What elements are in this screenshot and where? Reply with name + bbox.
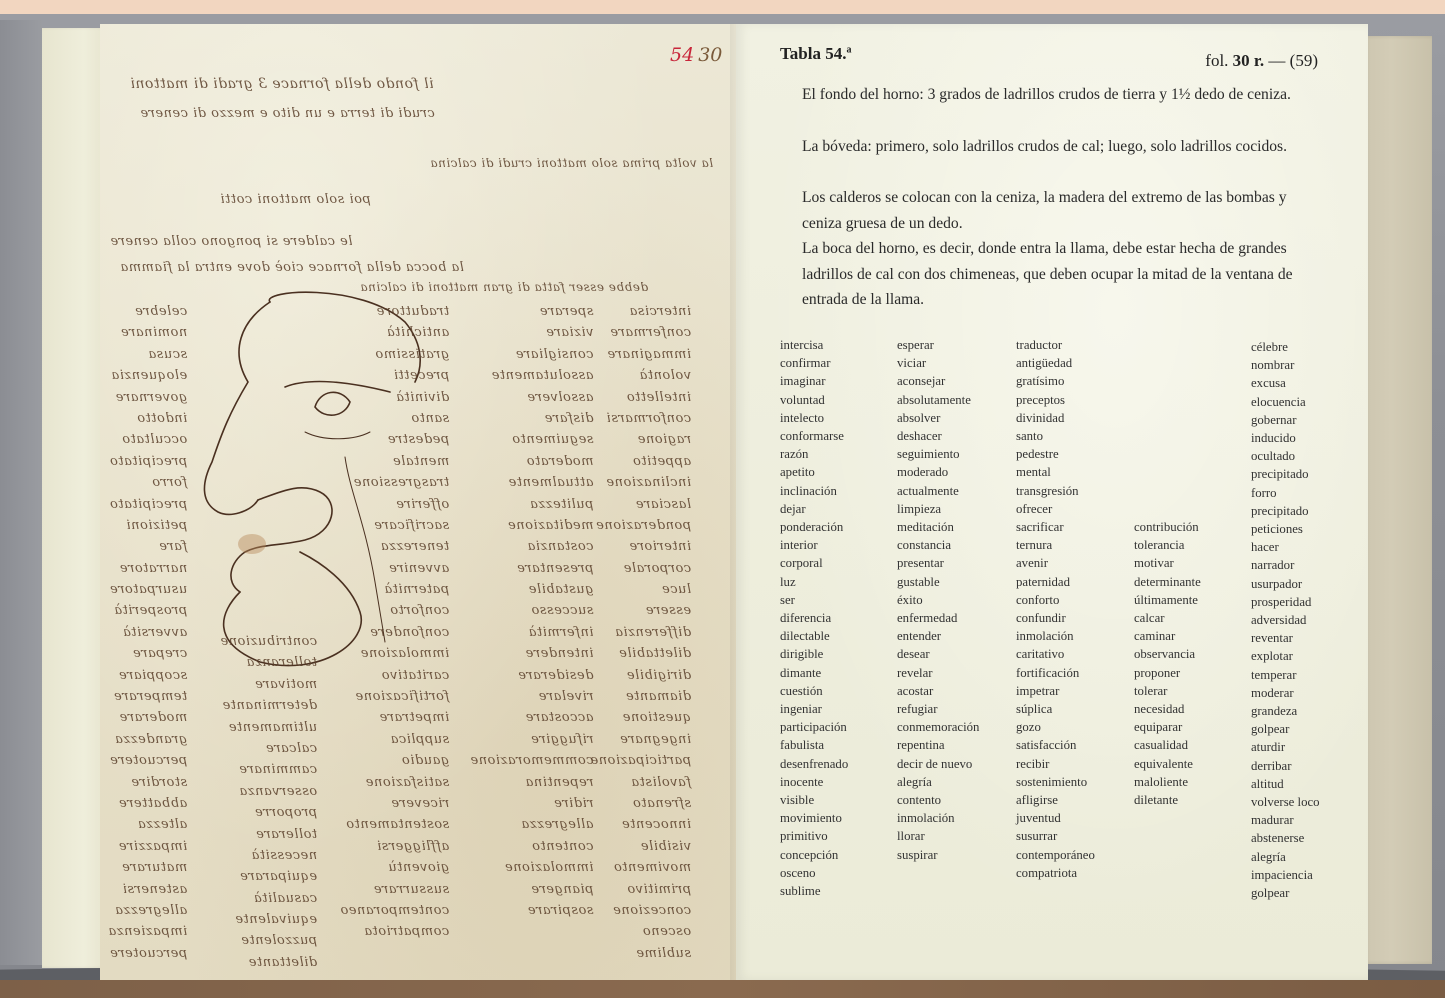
word: repentina	[897, 736, 979, 754]
handwriting-word: stordire	[108, 775, 187, 790]
handwriting-word: pedestre	[340, 432, 449, 447]
handwriting-word: tolleranza	[220, 655, 317, 670]
word: equivalente	[1134, 755, 1201, 773]
word: dejar	[780, 500, 848, 518]
word: inclinación	[780, 482, 848, 500]
handwriting-word: satisfazione	[340, 775, 449, 790]
handwriting-word: moderato	[470, 454, 593, 469]
handwriting-word: accostare	[470, 710, 593, 725]
word: proponer	[1134, 664, 1201, 682]
word: equiparar	[1134, 718, 1201, 736]
book-cover-edge	[0, 20, 42, 965]
handwriting-word: confondere	[340, 625, 449, 640]
handwriting-word: consigliare	[470, 347, 593, 362]
handwriting-word: determinante	[220, 698, 317, 713]
word: meditación	[897, 518, 979, 536]
handwriting-word: mentale	[340, 454, 449, 469]
handwriting-word: viziare	[470, 325, 593, 340]
word: participación	[780, 718, 848, 736]
word: fabulista	[780, 736, 848, 754]
handwriting-word: moderare	[108, 710, 187, 725]
word: tolerar	[1134, 682, 1201, 700]
word: corporal	[780, 554, 848, 572]
word: intercisa	[780, 336, 848, 354]
word: observancia	[1134, 645, 1201, 663]
handwriting-word: intercisa	[590, 304, 691, 319]
word: abstenerse	[1251, 829, 1320, 847]
handwriting-word: contribuzione	[220, 634, 317, 649]
word: aturdir	[1251, 738, 1320, 756]
handwriting-word: dilettabile	[590, 646, 691, 661]
word: refugiar	[897, 700, 979, 718]
handwriting-word: presentare	[470, 561, 593, 576]
folio-number-red: 54	[670, 44, 694, 66]
paragraph-cauldrons: Los calderos se colocan con la ceniza, l…	[802, 185, 1302, 236]
word: absolver	[897, 409, 979, 427]
handwriting-word: desiderare	[470, 668, 593, 683]
handwriting-word: ricevere	[340, 796, 449, 811]
word: cuestión	[780, 682, 848, 700]
word: alegría	[1251, 848, 1320, 866]
handwriting-word: attualmente	[470, 475, 593, 490]
handwriting-word: immolazione	[340, 646, 449, 661]
handwriting-column-1: celebre nominare scusa eloquenzia govern…	[108, 304, 187, 961]
handwriting-word: sfrenato	[590, 796, 691, 811]
handwriting-word: percuotere	[108, 946, 187, 961]
word: explotar	[1251, 647, 1320, 665]
handwriting-word: differenzia	[590, 625, 691, 640]
handwriting-word: conformarsi	[590, 411, 691, 426]
word: intelecto	[780, 409, 848, 427]
handwriting-word: avversità	[108, 625, 187, 640]
word: inocente	[780, 773, 848, 791]
handwriting-word: commemorazione	[470, 753, 593, 768]
word: gratísimo	[1016, 372, 1095, 390]
handwriting-word: dilettante	[220, 955, 317, 970]
handwriting-word: movimento	[590, 860, 691, 875]
right-page-stack	[1364, 36, 1432, 964]
handwriting-line: la volta prima solo mattoni crudi di cal…	[430, 156, 713, 170]
handwriting-word: immaginare	[590, 347, 691, 362]
word: tolerancia	[1134, 536, 1201, 554]
word: alegría	[897, 773, 979, 791]
handwriting-word: nominare	[108, 325, 187, 340]
handwriting-word: santo	[340, 411, 449, 426]
handwriting-word: indotto	[108, 411, 187, 426]
word: suspirar	[897, 846, 979, 864]
word: sacrificar	[1016, 518, 1095, 536]
word-column-2: esperar viciar aconsejar absolutamente a…	[897, 336, 979, 864]
word: precipitado	[1251, 465, 1320, 483]
handwriting-word: contemporaneo	[340, 903, 449, 918]
handwriting-word: confermare	[590, 325, 691, 340]
handwriting-word: participazione	[590, 753, 691, 768]
word: contento	[897, 791, 979, 809]
word: motivar	[1134, 554, 1201, 572]
handwriting-word: essere	[590, 603, 691, 618]
word: paternidad	[1016, 573, 1095, 591]
word: mental	[1016, 463, 1095, 481]
handwriting-word: volontà	[590, 368, 691, 383]
word: juventud	[1016, 809, 1095, 827]
word: fortificación	[1016, 664, 1095, 682]
handwriting-word: ragione	[590, 432, 691, 447]
handwriting-word: interiore	[590, 539, 691, 554]
handwriting-word: petizioni	[108, 518, 187, 533]
word: razón	[780, 445, 848, 463]
word: moderado	[897, 463, 979, 481]
handwriting-word: casualità	[220, 891, 317, 906]
handwriting-word: questione	[590, 710, 691, 725]
word: ser	[780, 591, 848, 609]
handwriting-word: immolazione	[470, 860, 593, 875]
word: adversidad	[1251, 611, 1320, 629]
handwriting-word: repentina	[470, 775, 593, 790]
handwriting-word: intendere	[470, 646, 593, 661]
handwriting-word: necessità	[220, 848, 317, 863]
handwriting-word: pulitezza	[470, 497, 593, 512]
word: seguimiento	[897, 445, 979, 463]
word: afligirse	[1016, 791, 1095, 809]
handwriting-word: contento	[470, 839, 593, 854]
word: conmemoración	[897, 718, 979, 736]
word: presentar	[897, 554, 979, 572]
handwriting-word: affliggersi	[340, 839, 449, 854]
handwriting-column-5: intercisa confermare immaginare volontà …	[590, 304, 691, 961]
handwriting-word: sussurrare	[340, 882, 449, 897]
word: madurar	[1251, 811, 1320, 829]
handwriting-column-3: traduttore antichità gratissimo precetti…	[340, 304, 449, 939]
handwriting-word: proporre	[220, 805, 317, 820]
handwriting-word: calcare	[220, 741, 317, 756]
handwriting-word: rifuggire	[470, 732, 593, 747]
handwriting-word: conforto	[340, 603, 449, 618]
handwriting-word: gustabile	[470, 582, 593, 597]
paragraph-vault: La bóveda: primero, solo ladrillos crudo…	[802, 134, 1302, 160]
handwriting-word: successo	[470, 603, 593, 618]
handwriting-word: ponderazione	[590, 518, 691, 533]
word: sostenimiento	[1016, 773, 1095, 791]
word: acostar	[897, 682, 979, 700]
word: diferencia	[780, 609, 848, 627]
word: recibir	[1016, 755, 1095, 773]
handwriting-word: ultimamente	[220, 720, 317, 735]
word: conformarse	[780, 427, 848, 445]
word: interior	[780, 536, 848, 554]
word: súplica	[1016, 700, 1095, 718]
word: calcar	[1134, 609, 1201, 627]
handwriting-word: precetti	[340, 368, 449, 383]
word: últimamente	[1134, 591, 1201, 609]
word: enfermedad	[897, 609, 979, 627]
word: revelar	[897, 664, 979, 682]
folio-reference: fol. 30 r. — (59)	[1205, 51, 1318, 71]
word: maloliente	[1134, 773, 1201, 791]
handwriting-word: favolista	[590, 775, 691, 790]
word: peticiones	[1251, 520, 1320, 538]
handwriting-word: equiparare	[220, 869, 317, 884]
handwriting-word: dirigibile	[590, 668, 691, 683]
word: necesidad	[1134, 700, 1201, 718]
handwriting-line: poi solo mattoni cotti	[220, 192, 371, 207]
word: derribar	[1251, 757, 1320, 775]
word: voluntad	[780, 391, 848, 409]
word-column-5: célebre nombrar excusa elocuencia gobern…	[1251, 338, 1320, 902]
word: inducido	[1251, 429, 1320, 447]
word: confundir	[1016, 609, 1095, 627]
word: moderar	[1251, 684, 1320, 702]
word: imaginar	[780, 372, 848, 390]
word: transgresión	[1016, 482, 1095, 500]
handwriting-word: prosperità	[108, 603, 187, 618]
handwriting-word: impetrare	[340, 710, 449, 725]
handwriting-word: scoppiare	[108, 668, 187, 683]
word: volverse loco	[1251, 793, 1320, 811]
word: gobernar	[1251, 411, 1320, 429]
handwriting-word: meditazione	[470, 518, 593, 533]
folio-number-brown: 30	[698, 44, 722, 66]
handwriting-word: gioventù	[340, 860, 449, 875]
word: viciar	[897, 354, 979, 372]
word: temperar	[1251, 666, 1320, 684]
handwriting-word: visibile	[590, 839, 691, 854]
word: nombrar	[1251, 356, 1320, 374]
handwriting-word: camminare	[220, 762, 317, 777]
handwriting-word: inclinazione	[590, 475, 691, 490]
word: golpear	[1251, 884, 1320, 902]
handwriting-word: gaudio	[340, 753, 449, 768]
handwriting-word: divinità	[340, 390, 449, 405]
word: constancia	[897, 536, 979, 554]
handwriting-word: caritativo	[340, 668, 449, 683]
manuscript-page: 5430 il fondo della fornace 3 gradi di m…	[100, 24, 736, 980]
word-column-1: intercisa confirmar imaginar voluntad in…	[780, 336, 848, 900]
word: grandeza	[1251, 702, 1320, 720]
handwriting-word: occultato	[108, 432, 187, 447]
handwriting-word: grandezza	[108, 732, 187, 747]
word: elocuencia	[1251, 393, 1320, 411]
handwriting-word: costanzia	[470, 539, 593, 554]
word: decir de nuevo	[897, 755, 979, 773]
word: sublime	[780, 882, 848, 900]
handwriting-word: innocente	[590, 817, 691, 832]
word: altitud	[1251, 775, 1320, 793]
word: narrador	[1251, 556, 1320, 574]
word: prosperidad	[1251, 593, 1320, 611]
handwriting-word: compatriota	[340, 924, 449, 939]
word: deshacer	[897, 427, 979, 445]
handwriting-word: rivelare	[470, 689, 593, 704]
handwriting-word: usurpatore	[108, 582, 187, 597]
word: caminar	[1134, 627, 1201, 645]
handwriting-word: allegrezza	[470, 817, 593, 832]
word: preceptos	[1016, 391, 1095, 409]
word: divinidad	[1016, 409, 1095, 427]
word: casualidad	[1134, 736, 1201, 754]
word: desenfrenado	[780, 755, 848, 773]
word: movimiento	[780, 809, 848, 827]
handwriting-word: primitivo	[590, 882, 691, 897]
word: gozo	[1016, 718, 1095, 736]
word: golpear	[1251, 720, 1320, 738]
word: ocultado	[1251, 447, 1320, 465]
handwriting-line: crudi di terra e un dito e mezzo di cene…	[140, 106, 435, 121]
handwriting-word: impazzire	[108, 839, 187, 854]
handwriting-word: puzzolente	[220, 933, 317, 948]
handwriting-word: intelletto	[590, 390, 691, 405]
handwriting-word: sacrificare	[340, 518, 449, 533]
word: aconsejar	[897, 372, 979, 390]
handwriting-word: osservanza	[220, 784, 317, 799]
handwriting-word: osceno	[590, 924, 691, 939]
handwriting-word: lasciare	[590, 497, 691, 512]
handwriting-word: ingegnare	[590, 732, 691, 747]
handwriting-word: eloquenzia	[108, 368, 187, 383]
folio-number: 5430	[670, 44, 722, 66]
handwriting-word: avvenire	[340, 561, 449, 576]
handwriting-word: supplica	[340, 732, 449, 747]
word: desear	[897, 645, 979, 663]
word: primitivo	[780, 827, 848, 845]
word: dirigible	[780, 645, 848, 663]
handwriting-word: temperare	[108, 689, 187, 704]
word: gustable	[897, 573, 979, 591]
handwriting-word: appetito	[590, 454, 691, 469]
handwriting-word: offerire	[340, 497, 449, 512]
handwriting-word: infermità	[470, 625, 593, 640]
handwriting-word: paternità	[340, 582, 449, 597]
handwriting-word: traduttore	[340, 304, 449, 319]
table-surface	[0, 980, 1445, 998]
handwriting-word: sperare	[470, 304, 593, 319]
handwriting-word: gratissimo	[340, 347, 449, 362]
word: satisfacción	[1016, 736, 1095, 754]
table-heading-superscript: a	[846, 44, 851, 55]
word: traductor	[1016, 336, 1095, 354]
word: ofrecer	[1016, 500, 1095, 518]
handwriting-word: crepare	[108, 646, 187, 661]
word-column-3: traductor antigüedad gratísimo preceptos…	[1016, 336, 1095, 882]
word: apetito	[780, 463, 848, 481]
word: dilectable	[780, 627, 848, 645]
word: caritativo	[1016, 645, 1095, 663]
word: determinante	[1134, 573, 1201, 591]
word: actualmente	[897, 482, 979, 500]
word: dimante	[780, 664, 848, 682]
handwriting-word: scusa	[108, 347, 187, 362]
handwriting-word: fortificazione	[340, 689, 449, 704]
handwriting-word: celebre	[108, 304, 187, 319]
word: concepción	[780, 846, 848, 864]
word: ponderación	[780, 518, 848, 536]
word: conforto	[1016, 591, 1095, 609]
transcription-page: Tabla 54.a fol. 30 r. — (59) El fondo de…	[736, 24, 1368, 980]
word: compatriota	[1016, 864, 1095, 882]
handwriting-word: maturare	[108, 860, 187, 875]
handwriting-column-4: sperare viziare consigliare assolutament…	[470, 304, 593, 918]
handwriting-word: corporale	[590, 561, 691, 576]
word: pedestre	[1016, 445, 1095, 463]
handwriting-word: concezione	[590, 903, 691, 918]
handwriting-line: la bocca della fornace cioè dove entra l…	[120, 260, 464, 275]
word: confirmar	[780, 354, 848, 372]
word: osceno	[780, 864, 848, 882]
handwriting-word: forro	[108, 475, 187, 490]
handwriting-word: sublime	[590, 946, 691, 961]
word: ingeniar	[780, 700, 848, 718]
word: entender	[897, 627, 979, 645]
handwriting-word: antichità	[340, 325, 449, 340]
table-heading-text: Tabla 54.	[780, 44, 846, 63]
handwriting-line: il fondo della fornace 3 gradi di matton…	[130, 76, 434, 92]
word: inmolación	[1016, 627, 1095, 645]
handwriting-word: altezza	[108, 817, 187, 832]
word: inmolación	[897, 809, 979, 827]
word: forro	[1251, 484, 1320, 502]
handwriting-word: narratore	[108, 561, 187, 576]
word: precipitado	[1251, 502, 1320, 520]
word: reventar	[1251, 629, 1320, 647]
word: luz	[780, 573, 848, 591]
handwriting-word: tollerare	[220, 827, 317, 842]
folio-ref-suffix: — (59)	[1268, 51, 1318, 70]
handwriting-word: piangere	[470, 882, 593, 897]
handwriting-word: equivalente	[220, 912, 317, 927]
handwriting-word: tenerezza	[340, 539, 449, 554]
paragraph-oven-mouth: La boca del horno, es decir, donde entra…	[802, 236, 1302, 313]
handwriting-word: governare	[108, 390, 187, 405]
handwriting-word: sostentamento	[340, 817, 449, 832]
word: avenir	[1016, 554, 1095, 572]
word: impetrar	[1016, 682, 1095, 700]
folio-ref-prefix: fol.	[1205, 51, 1228, 70]
handwriting-word: seguimento	[470, 432, 593, 447]
word: llorar	[897, 827, 979, 845]
word: hacer	[1251, 538, 1320, 556]
word: esperar	[897, 336, 979, 354]
word: contemporáneo	[1016, 846, 1095, 864]
handwriting-word: percuotere	[108, 753, 187, 768]
handwriting-word: trasgressione	[340, 475, 449, 490]
handwriting-word: allegrezza	[108, 903, 187, 918]
word: absolutamente	[897, 391, 979, 409]
word: ternura	[1016, 536, 1095, 554]
word: limpieza	[897, 500, 979, 518]
handwriting-word: diamante	[590, 689, 691, 704]
handwriting-word: assolvere	[470, 390, 593, 405]
word-column-4: contribución tolerancia motivar determin…	[1134, 518, 1201, 809]
handwriting-word: assolutamente	[470, 368, 593, 383]
word: contribución	[1134, 518, 1201, 536]
handwriting-word: abbattere	[108, 796, 187, 811]
word: impaciencia	[1251, 866, 1320, 884]
handwriting-word: precipitato	[108, 497, 187, 512]
word: excusa	[1251, 374, 1320, 392]
handwriting-word: luce	[590, 582, 691, 597]
handwriting-word: disfare	[470, 411, 593, 426]
handwriting-word: precipitato	[108, 454, 187, 469]
word: célebre	[1251, 338, 1320, 356]
table-heading: Tabla 54.a	[780, 44, 851, 64]
folio-ref-number: 30 r.	[1233, 51, 1265, 70]
handwriting-word: astenersi	[108, 882, 187, 897]
word: éxito	[897, 591, 979, 609]
handwriting-word: impazienza	[108, 924, 187, 939]
word: santo	[1016, 427, 1095, 445]
word: usurpador	[1251, 575, 1320, 593]
handwriting-word: fare	[108, 539, 187, 554]
word: visible	[780, 791, 848, 809]
